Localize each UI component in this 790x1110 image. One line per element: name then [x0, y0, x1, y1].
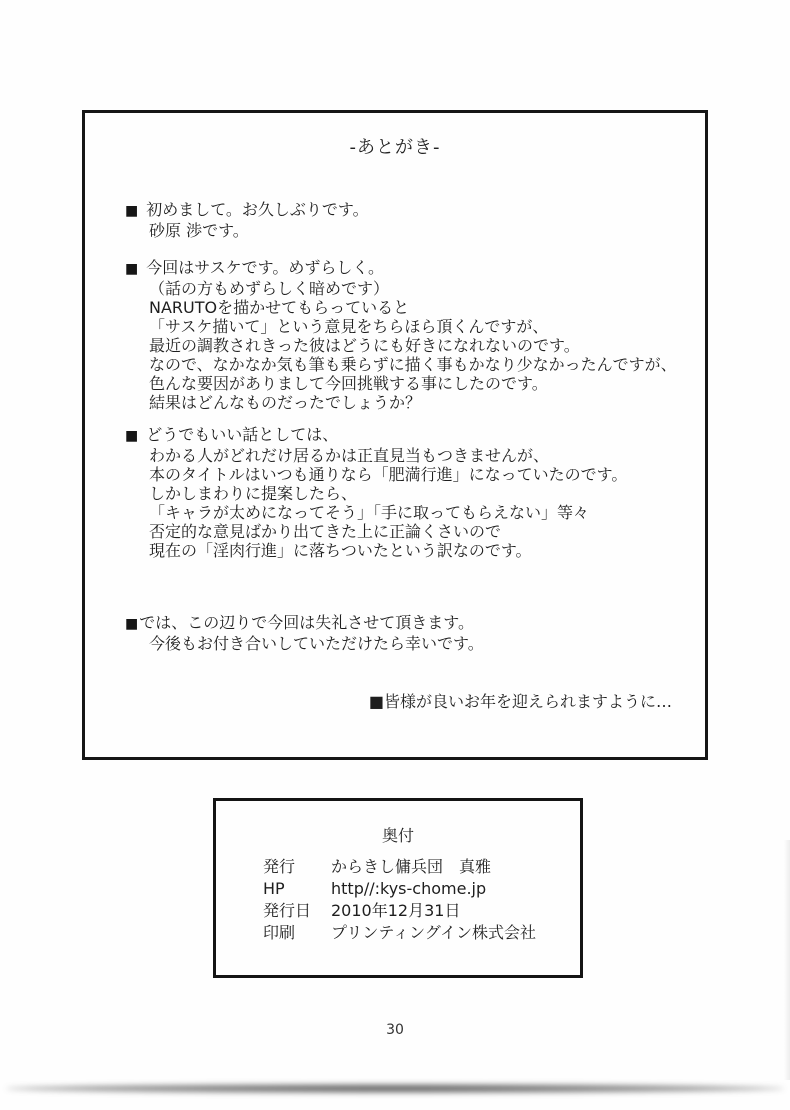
afterword-line-text: どうでもいい話としては、: [146, 425, 338, 444]
afterword-line: 砂原 渉です。: [125, 221, 685, 240]
colophon-label: 発行日: [263, 900, 331, 922]
colophon-value: からきし傭兵団 真雅: [331, 856, 570, 878]
afterword-block-greeting: ■初めまして。お久しぶりです。 砂原 渉です。: [125, 200, 685, 240]
afterword-line: 結果はどんなものだったでしょうか？: [125, 393, 685, 412]
afterword-line: ■今回はサスケです。めずらしく。: [125, 258, 685, 279]
bullet-square-icon: ■: [125, 202, 138, 221]
afterword-line: 否定的な意見ばかり出てきた上に正論くさいので: [125, 522, 685, 541]
afterword-block-title-story: ■どうでもいい話としては、 わかる人がどれだけ居るかは正直見当もつきませんが、 …: [125, 425, 685, 560]
afterword-line: しかしまわりに提案したら、: [125, 484, 685, 503]
colophon-rows: 発行 からきし傭兵団 真雅 HP http//:kys-chome.jp 発行日…: [263, 856, 570, 944]
colophon-row-hp: HP http//:kys-chome.jp: [263, 878, 570, 900]
bullet-square-icon: ■: [125, 615, 138, 634]
afterword-line: なので、なかなか気も筆も乗らずに描く事もかなり少なかったんですが、: [125, 355, 685, 374]
afterword-line: 今後もお付き合いしていただけたら幸いです。: [125, 634, 685, 653]
colophon-label: HP: [263, 878, 331, 900]
afterword-line: わかる人がどれだけ居るかは正直見当もつきませんが、: [125, 446, 685, 465]
afterword-line: 「サスケ描いて」という意見をちらほら頂くんですが、: [125, 317, 685, 336]
afterword-line: 現在の「淫肉行進」に落ちついたという訳なのです。: [125, 541, 685, 560]
afterword-line: NARUTOを描かせてもらっていると: [125, 298, 685, 317]
bullet-square-icon: ■: [125, 260, 138, 279]
colophon-row-publisher: 発行 からきし傭兵団 真雅: [263, 856, 570, 878]
afterword-block-sasuke: ■今回はサスケです。めずらしく。 （話の方もめずらしく暗めです） NARUTOを…: [125, 258, 685, 412]
afterword-line-text: では、この辺りで今回は失礼させて頂きます。: [139, 613, 474, 632]
afterword-line: 色んな要因がありまして今回挑戦する事にしたのです。: [125, 374, 685, 393]
colophon-row-date: 発行日 2010年12月31日: [263, 900, 570, 922]
afterword-line-text: 初めまして。お久しぶりです。: [146, 200, 368, 219]
afterword-line: 本のタイトルはいつも通りなら「肥満行進」になっていたのです。: [125, 465, 685, 484]
colophon-title: 奥付: [216, 823, 580, 846]
colophon-value: プリンティングイン株式会社: [331, 922, 570, 944]
scanned-page: -あとがき- ■初めまして。お久しぶりです。 砂原 渉です。 ■今回はサスケです…: [0, 0, 790, 1110]
colophon-box: 奥付 発行 からきし傭兵団 真雅 HP http//:kys-chome.jp …: [213, 798, 583, 978]
scan-shadow-right: [784, 840, 790, 1080]
afterword-line: ■初めまして。お久しぶりです。: [125, 200, 685, 221]
colophon-row-printer: 印刷 プリンティングイン株式会社: [263, 922, 570, 944]
scan-shadow-bottom: [6, 1084, 784, 1093]
colophon-label: 発行: [263, 856, 331, 878]
colophon-value: http//:kys-chome.jp: [331, 878, 570, 900]
afterword-line-text: 今回はサスケです。めずらしく。: [146, 258, 384, 277]
page-number: 30: [0, 1022, 790, 1038]
afterword-line: 最近の調教されきった彼はどうにも好きになれないのです。: [125, 336, 685, 355]
afterword-title: -あとがき-: [85, 133, 705, 159]
colophon-value: 2010年12月31日: [331, 900, 570, 922]
colophon-label: 印刷: [263, 922, 331, 944]
afterword-line: （話の方もめずらしく暗めです）: [125, 279, 685, 298]
afterword-closing-line: ■皆様が良いお年を迎えられますように…: [369, 692, 672, 711]
afterword-line: ■どうでもいい話としては、: [125, 425, 685, 446]
afterword-block-farewell: ■では、この辺りで今回は失礼させて頂きます。 今後もお付き合いしていただけたら幸…: [125, 613, 685, 653]
afterword-box: -あとがき- ■初めまして。お久しぶりです。 砂原 渉です。 ■今回はサスケです…: [82, 110, 708, 760]
afterword-line: 「キャラが太めになってそう」「手に取ってもらえない」等々: [125, 503, 685, 522]
afterword-line: ■では、この辺りで今回は失礼させて頂きます。: [125, 613, 685, 634]
bullet-square-icon: ■: [125, 427, 138, 446]
